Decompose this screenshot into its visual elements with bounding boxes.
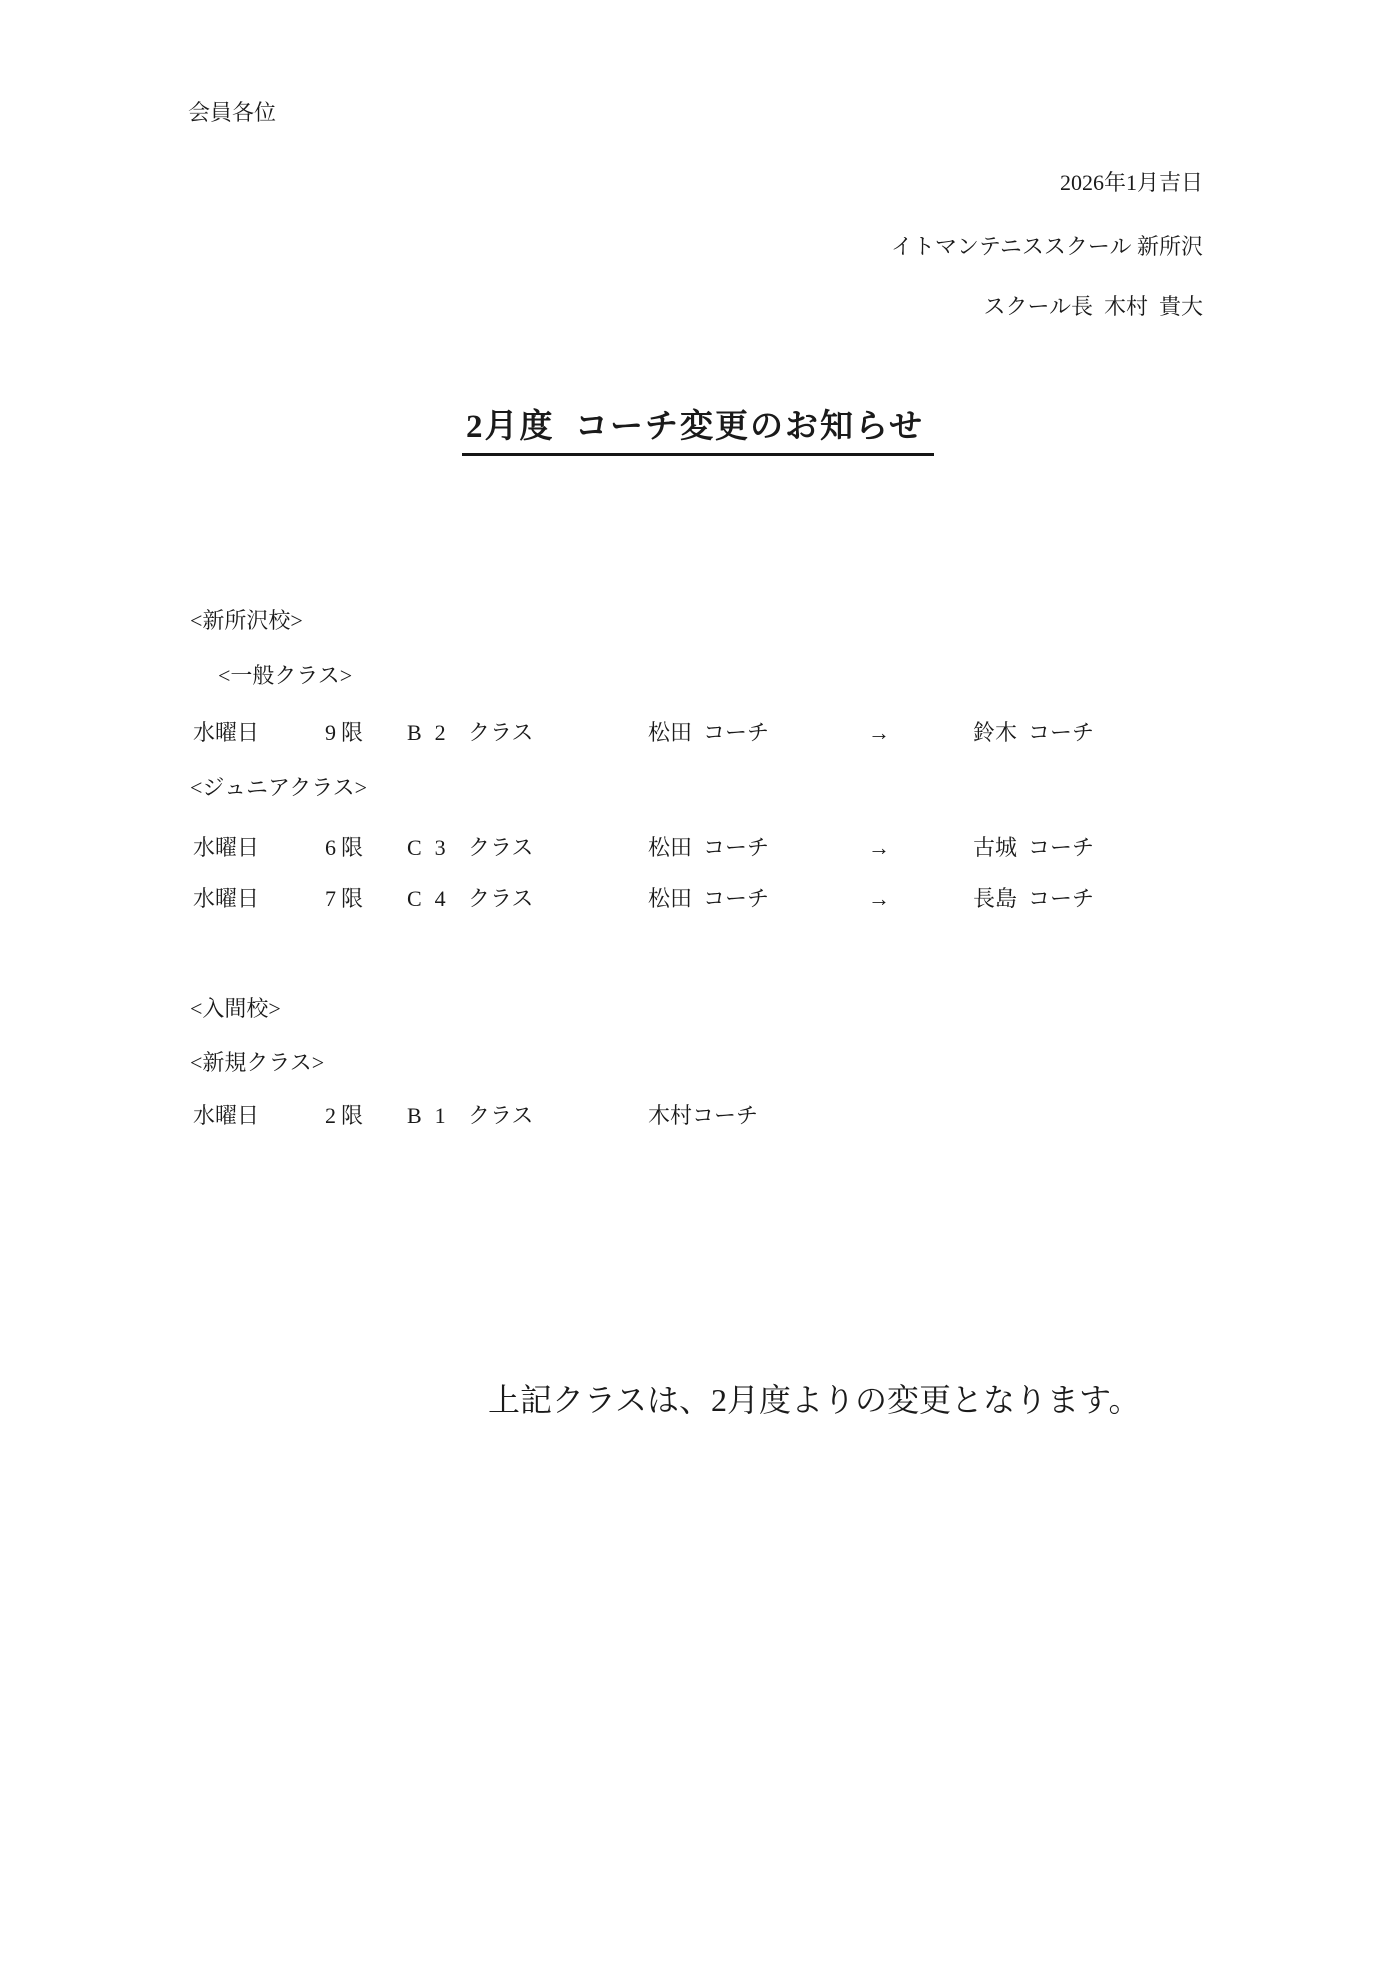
- group-heading-new-class: <新規クラス>: [190, 1048, 324, 1078]
- new-coach-cell: 古城 コーチ: [973, 833, 1094, 863]
- schedule-row: 水曜日 2限 B1 クラス 木村コーチ: [0, 1101, 1396, 1131]
- arrow-icon: →: [868, 833, 890, 863]
- signer-line: スクール長 木村 貴大: [983, 292, 1203, 322]
- group-heading-general-class: <一般クラス>: [218, 661, 352, 691]
- class-word-cell: クラス: [468, 833, 533, 863]
- old-coach-cell: 松田 コーチ: [648, 718, 769, 748]
- class-code-cell: C4: [407, 884, 459, 914]
- class-code-cell: C3: [407, 833, 459, 863]
- coach-cell: 木村コーチ: [648, 1101, 758, 1131]
- period-cell: 6限: [325, 833, 368, 863]
- class-word-cell: クラス: [468, 718, 533, 748]
- day-cell: 水曜日: [193, 884, 259, 914]
- section-heading-iruma: <入間校>: [190, 994, 281, 1024]
- date-line: 2026年1月吉日: [1060, 168, 1203, 198]
- period-cell: 7限: [325, 884, 368, 914]
- old-coach-cell: 松田 コーチ: [648, 884, 769, 914]
- document-page: 会員各位 2026年1月吉日 イトマンテニススクール 新所沢 スクール長 木村 …: [0, 0, 1396, 1967]
- schedule-row: 水曜日 6限 C3 クラス 松田 コーチ → 古城 コーチ: [0, 833, 1396, 863]
- old-coach-cell: 松田 コーチ: [648, 833, 769, 863]
- document-title: 2月度 コーチ変更のお知らせ: [462, 400, 934, 456]
- schedule-row: 水曜日 9限 B2 クラス 松田 コーチ → 鈴木 コーチ: [0, 718, 1396, 748]
- class-code-cell: B2: [407, 718, 459, 748]
- period-cell: 9限: [325, 718, 368, 748]
- day-cell: 水曜日: [193, 718, 259, 748]
- closing-note: 上記クラスは、2月度よりの変更となります。: [488, 1378, 1140, 1422]
- class-code-cell: B1: [407, 1101, 459, 1131]
- organization-line: イトマンテニススクール 新所沢: [891, 232, 1203, 262]
- day-cell: 水曜日: [193, 1101, 259, 1131]
- arrow-icon: →: [868, 884, 890, 914]
- day-cell: 水曜日: [193, 833, 259, 863]
- class-word-cell: クラス: [468, 1101, 533, 1131]
- new-coach-cell: 鈴木 コーチ: [973, 718, 1094, 748]
- schedule-row: 水曜日 7限 C4 クラス 松田 コーチ → 長島 コーチ: [0, 884, 1396, 914]
- arrow-icon: →: [868, 718, 890, 748]
- class-word-cell: クラス: [468, 884, 533, 914]
- recipient-line: 会員各位: [188, 98, 276, 128]
- new-coach-cell: 長島 コーチ: [973, 884, 1094, 914]
- period-cell: 2限: [325, 1101, 368, 1131]
- group-heading-junior-class: <ジュニアクラス>: [190, 773, 367, 803]
- document-title-row: 2月度 コーチ変更のお知らせ: [0, 400, 1396, 456]
- section-heading-shintokorozawa: <新所沢校>: [190, 606, 303, 636]
